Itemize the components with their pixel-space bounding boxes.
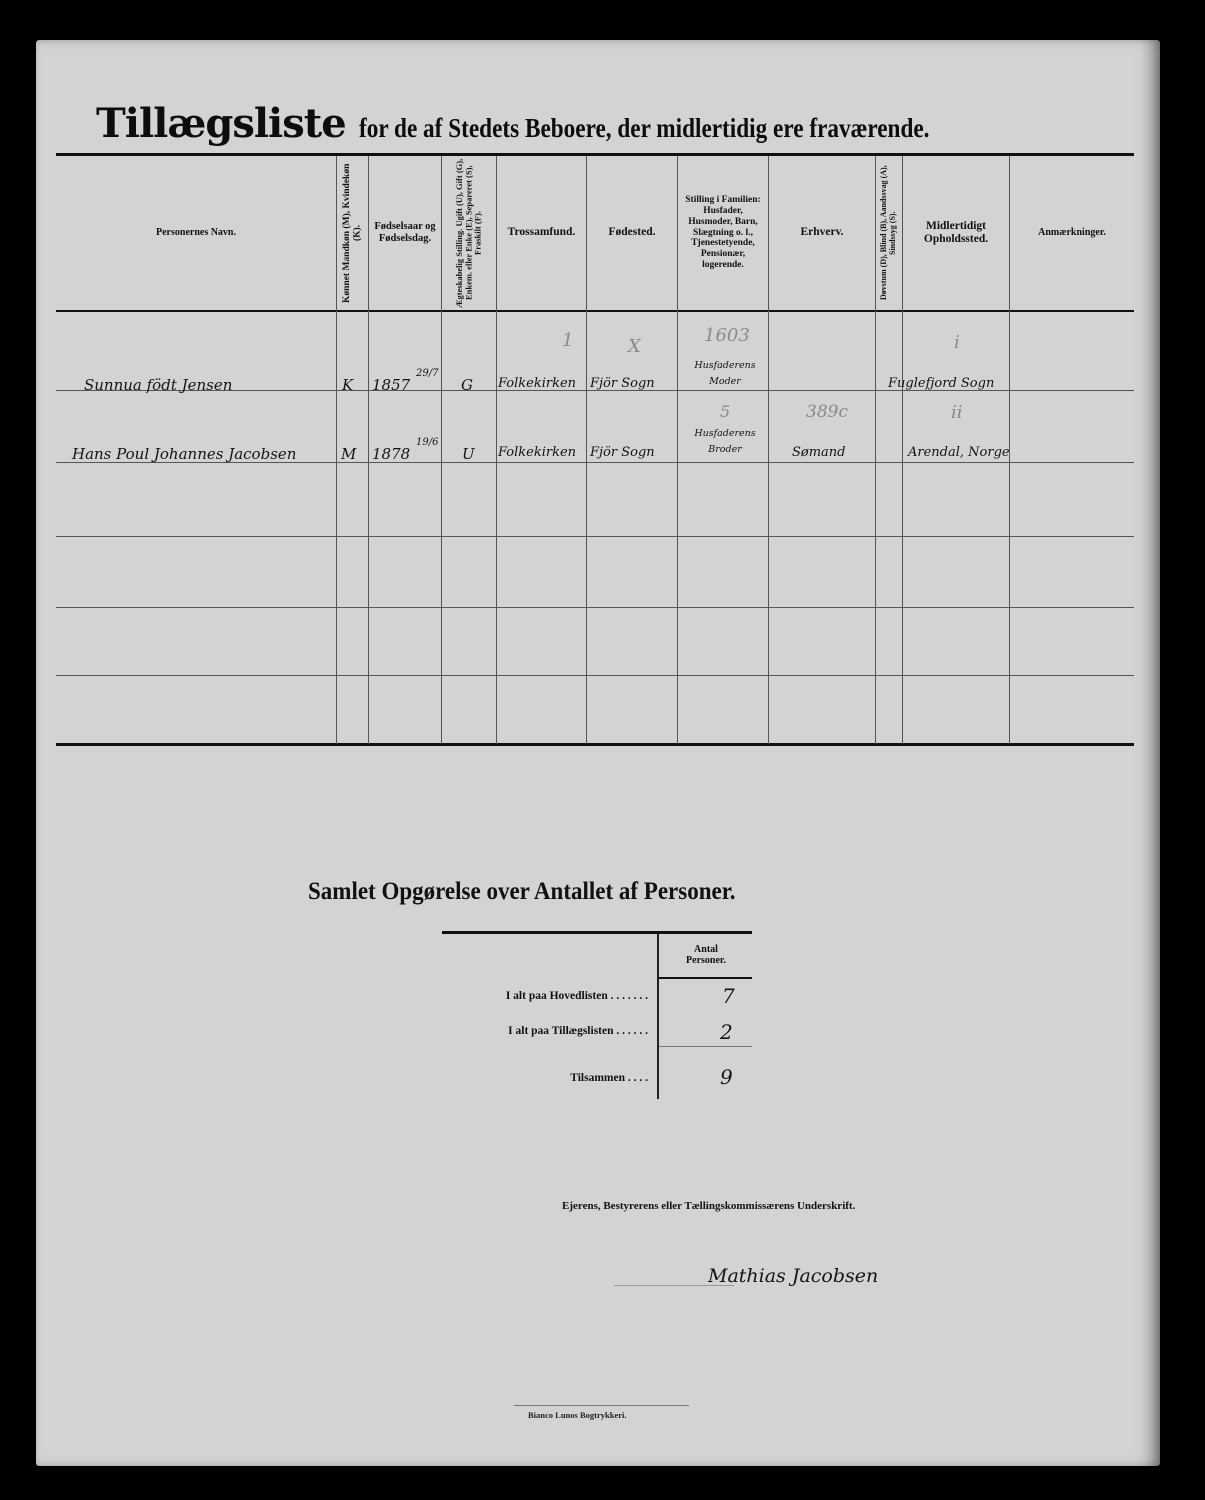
- summary-label-main-list: I alt paa Hovedlisten . . . . . . .: [416, 990, 648, 1002]
- person-birth-day: 29/7: [416, 368, 438, 379]
- header-disability: Døvstum (D), Blind (B), Aandssvag (A), S…: [876, 158, 902, 308]
- occupation-code: 389c: [806, 402, 848, 422]
- header-birthplace: Fødested.: [587, 156, 677, 310]
- religion-code: 1: [562, 330, 573, 351]
- form-title-main: Tillægsliste: [96, 100, 346, 147]
- person-sex: M: [341, 445, 356, 463]
- person-birthplace: Fjör Sogn: [590, 376, 655, 391]
- summary-column-divider: [657, 934, 659, 1099]
- summary-label-total: Tilsammen . . . .: [416, 1072, 648, 1084]
- person-temp-residence: Fuglefjord Sogn: [888, 376, 994, 391]
- summary-sum-rule: [659, 1046, 752, 1047]
- person-birth-year: 1857: [372, 376, 410, 394]
- header-name: Personernes Navn.: [56, 156, 336, 310]
- person-family-position: Husfaderens Moder: [680, 358, 770, 390]
- printer-imprint: Bianco Lunos Bogtrykkeri.: [528, 1410, 626, 1420]
- form-title-subtitle: for de af Stedets Beboere, der midlertid…: [359, 113, 930, 144]
- person-family-position: Husfaderens Broder: [680, 426, 770, 458]
- header-temp-residence: Midlertidigt Opholdssted.: [903, 156, 1009, 310]
- birthplace-code: X: [628, 336, 641, 357]
- person-birth-year: 1878: [372, 445, 410, 463]
- row-line: [56, 536, 1134, 537]
- signature-caption: Ejerens, Bestyrerens eller Tællingskommi…: [562, 1200, 855, 1212]
- summary-header-line2: Personer.: [686, 955, 726, 967]
- summary-top-rule: [442, 931, 752, 934]
- header-religion: Trossamfund.: [497, 156, 586, 310]
- census-form-page: Tillægsliste for de af Stedets Beboere, …: [36, 40, 1160, 1466]
- summary-value-main-list: 7: [722, 984, 735, 1008]
- form-title-rest: for de af Stedets Beboere, der midlertid…: [359, 113, 804, 143]
- summary-value-total: 9: [720, 1065, 733, 1089]
- residence-code: i: [954, 332, 960, 353]
- family-code: 5: [720, 402, 730, 421]
- header-occupation: Erhverv.: [769, 156, 875, 310]
- column-divider: [677, 156, 678, 744]
- person-temp-residence: Arendal, Norge: [908, 445, 1010, 460]
- person-name: Sunnua födt Jensen: [84, 376, 232, 394]
- form-title-emphasis: fraværende.: [809, 113, 929, 143]
- printer-rule: [514, 1405, 689, 1406]
- person-religion: Folkekirken: [498, 445, 576, 460]
- signature-name: Mathias Jacobsen: [708, 1265, 878, 1287]
- header-sex: Kønnet Mandkøn (M), Kvindekøn (K).: [337, 158, 368, 308]
- header-bottom-rule: [56, 310, 1134, 312]
- residence-code: ii: [951, 402, 963, 423]
- person-birth-day: 19/6: [416, 437, 438, 448]
- summary-value-supplementary-list: 2: [720, 1020, 733, 1044]
- row-line: [56, 607, 1134, 608]
- person-sex: K: [342, 376, 353, 394]
- header-marital-status: Ægteskabelig Stilling. Ugift (U), Gift (…: [442, 158, 496, 308]
- header-remarks: Anmærkninger.: [1010, 156, 1134, 310]
- summary-title: Samlet Opgørelse over Antallet af Person…: [308, 878, 736, 906]
- summary-column-header: AntalPersoner.: [660, 935, 752, 975]
- person-marital: G: [461, 376, 473, 394]
- person-name: Hans Poul Johannes Jacobsen: [72, 445, 296, 463]
- form-title: Tillægsliste for de af Stedets Beboere, …: [96, 100, 1022, 147]
- family-code: 1603: [704, 325, 750, 346]
- table-bottom-rule: [56, 743, 1134, 746]
- header-family-position: Stilling i Familien: Husfader, Husmoder,…: [681, 156, 765, 310]
- summary-label-supplementary-list: I alt paa Tillægslisten . . . . . .: [416, 1025, 648, 1037]
- person-birthplace: Fjör Sogn: [590, 445, 655, 460]
- person-marital: U: [462, 445, 475, 463]
- person-religion: Folkekirken: [498, 376, 576, 391]
- header-birth: Fødselsaar og Fødselsdag.: [369, 156, 441, 310]
- row-line: [56, 675, 1134, 676]
- summary-header-rule: [659, 977, 752, 979]
- person-occupation: Sømand: [792, 445, 846, 460]
- summary-header-line1: Antal: [686, 944, 726, 956]
